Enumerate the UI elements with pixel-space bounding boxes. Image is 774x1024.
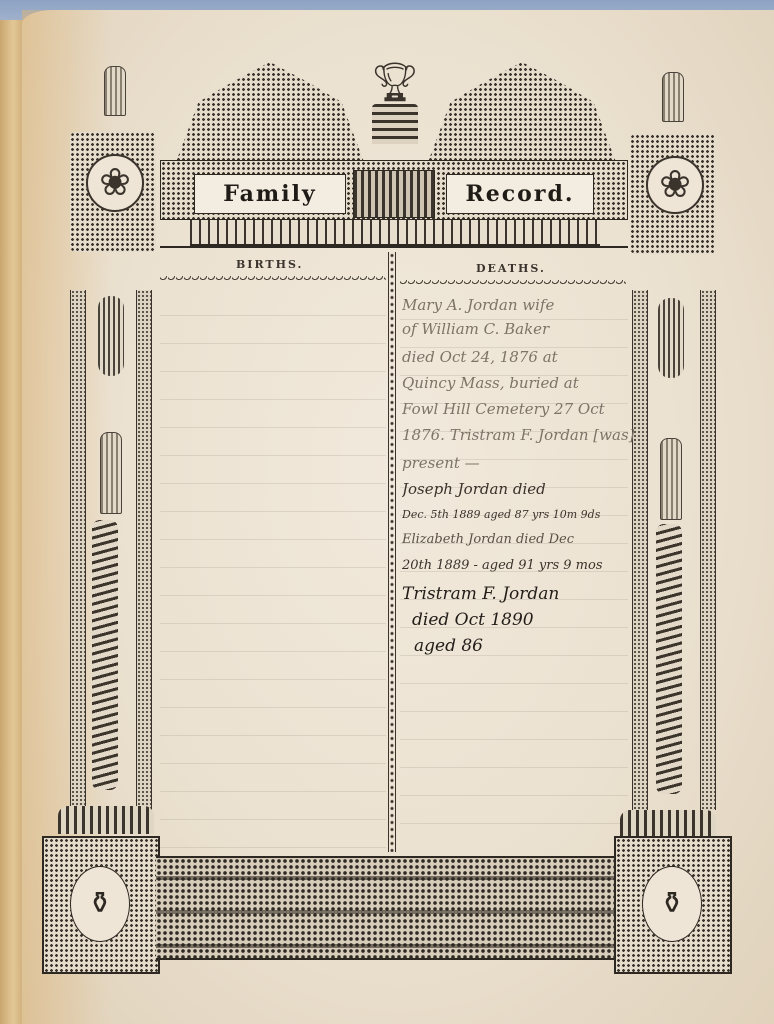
- left-corner-crest: [70, 132, 156, 252]
- header-rule: [160, 246, 628, 248]
- death-entry-line: of William C. Baker: [402, 320, 634, 338]
- death-entry-line: Joseph Jordan died: [402, 480, 634, 498]
- right-pillar-base: [620, 810, 716, 838]
- title-center-ornament: [353, 170, 435, 218]
- death-entry-line: Mary A. Jordan wife: [402, 296, 634, 314]
- deaths-wavy-rule: [400, 280, 626, 286]
- right-base-block: ⚱: [614, 836, 732, 974]
- death-entry-line: Tristram F. Jordan: [402, 584, 634, 604]
- bottom-ornamental-band: [156, 856, 616, 960]
- urn-icon: 🏆︎: [370, 62, 420, 102]
- left-finial-ornament: [104, 66, 126, 116]
- amphora-icon: ⚱: [70, 866, 130, 942]
- left-pillar-base: [58, 806, 154, 834]
- death-entry-line: present —: [402, 454, 634, 472]
- scalloped-border: [190, 220, 600, 246]
- left-torch-ornament: [100, 432, 122, 514]
- births-wavy-rule: [160, 276, 386, 282]
- left-inner-pillar: [136, 290, 152, 810]
- death-entry-line: Fowl Hill Cemetery 27 Oct: [402, 400, 634, 418]
- right-spiral-column: [656, 524, 682, 794]
- title-family: Family: [194, 174, 346, 214]
- title-record: Record.: [446, 174, 594, 214]
- death-entry-line: 20th 1889 - aged 91 yrs 9 mos: [402, 558, 634, 573]
- right-finial-ornament: [662, 72, 684, 122]
- amphora-icon: ⚱: [642, 866, 702, 942]
- rosette-icon: [646, 156, 704, 214]
- left-base-block: ⚱: [42, 836, 160, 974]
- death-entry-line: 1876. Tristram F. Jordan [was]: [402, 426, 634, 444]
- death-entry-line: died Oct 1890: [412, 610, 644, 630]
- left-spiral-column: [92, 520, 118, 790]
- death-entry-line: Elizabeth Jordan died Dec: [402, 532, 634, 547]
- right-inner-pillar: [632, 290, 648, 810]
- births-ruled-area: [160, 288, 386, 848]
- death-entry-line: Dec. 5th 1889 aged 87 yrs 10m 9ds: [402, 508, 634, 521]
- births-header: BIRTHS.: [236, 258, 303, 271]
- deaths-header: DEATHS.: [476, 262, 546, 275]
- death-entry-line: aged 86: [414, 636, 646, 656]
- right-outer-pillar: [700, 290, 716, 810]
- rosette-icon: [86, 154, 144, 212]
- right-pendant-ornament: [658, 298, 684, 378]
- death-entry-line: died Oct 24, 1876 at: [402, 348, 634, 366]
- right-corner-crest: [630, 134, 716, 254]
- death-entry-line: Quincy Mass, buried at: [402, 374, 634, 392]
- left-pendant-ornament: [98, 296, 124, 376]
- urn-pedestal: [372, 104, 418, 144]
- right-torch-ornament: [660, 438, 682, 520]
- title-banner: Family Record.: [160, 160, 628, 248]
- column-divider: [388, 252, 396, 852]
- left-outer-pillar: [70, 290, 86, 810]
